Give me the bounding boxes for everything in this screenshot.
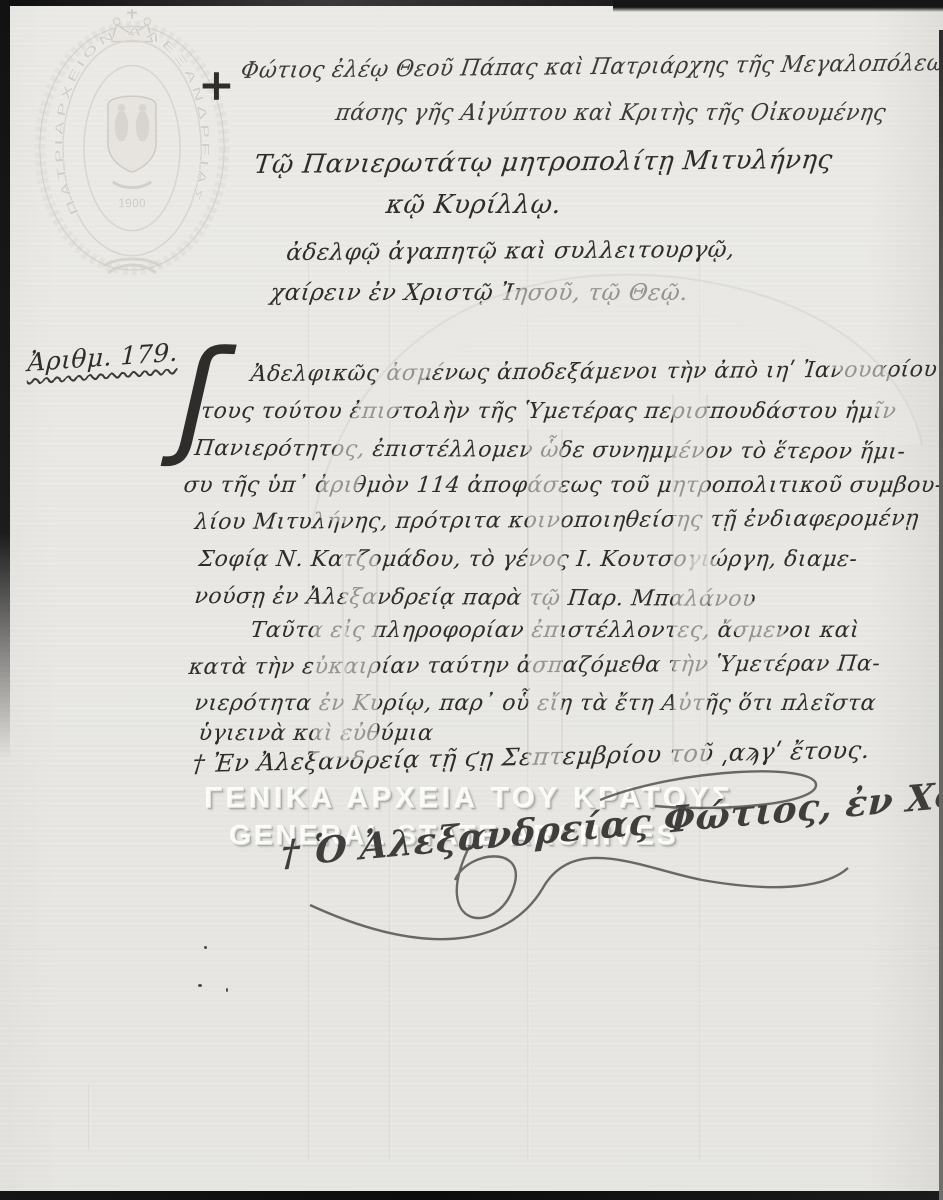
scan-edge-top-right (613, 0, 943, 12)
seal-year: 1900 (118, 197, 146, 211)
seal-figure-head (118, 104, 126, 112)
address-line-1: Τῷ Πανιερωτάτῳ μητροπολίτῃ Μιτυλήνης (253, 145, 835, 180)
seal-crown-orb (144, 18, 151, 25)
body-line: Ταῦτα εἰς πληροφορίαν ἐπιστέλλοντες, ἄσμ… (249, 618, 860, 643)
cross-icon: + (198, 60, 235, 111)
body-line: Σοφίᾳ Ν. Κατζομάδου, τὸ γένος Ι. Κουτσογ… (197, 547, 858, 572)
body-line: ὑγιεινὰ καὶ εὐθύμια (197, 721, 434, 746)
seal-figure-left (115, 111, 128, 142)
fold-crease-horizontal (0, 948, 943, 952)
seal-figure-head (139, 104, 147, 112)
body-line: κατὰ τὴν εὐκαιρίαν ταύτην ἀσπαζόμεθα τὴν… (188, 651, 882, 680)
body-line: λίου Μιτυλήνης, πρότριτα κοινοποιηθείσης… (194, 506, 921, 535)
body-line: νιερότητα ἐν Κυρίῳ, παρ᾽ οὗ εἴη τὰ ἔτη Α… (193, 691, 877, 716)
seal-ornament (113, 182, 151, 188)
salutation-line-1: ἀδελφῷ ἀγαπητῷ καὶ συλλειτουργῷ, (285, 237, 736, 266)
letterhead-line-2: πάσης γῆς Αἰγύπτου καὶ Κριτὴς τῆς Οἰκουμ… (334, 100, 888, 126)
body-line: συ τῆς ὑπ᾽ ἀριθμὸν 114 ἀποφάσεως τοῦ μητ… (182, 473, 943, 498)
letterhead-line-1: Φώτιος ἐλέῳ Θεοῦ Πάπας καὶ Πατριάρχης τῆ… (239, 48, 943, 84)
fold-crease-vertical-small (88, 1085, 91, 1150)
seal-figure-right (136, 111, 149, 142)
ink-speck (226, 988, 228, 992)
scan-edge-bottom (0, 1191, 943, 1200)
body-line: Ἀδελφικῶς ἀσμένως ἀποδεξάμενοι τὴν ἀπὸ ι… (250, 357, 943, 387)
body-line: Πανιερότητος, ἐπιστέλλομεν ὧδε συνημμένο… (193, 436, 907, 465)
address-line-2: κῷ Κυρίλλῳ. (384, 190, 563, 220)
ink-speck (204, 946, 207, 949)
scanned-document-page: ΠΑΤΡΙΑΡΧΕΙΟΝ ΑΛΕΞΑΝΔΡΕΙΑΣ 1900 + Φώτιος … (0, 0, 943, 1200)
salutation-line-2: χαίρειν ἐν Χριστῷ Ἰησοῦ, τῷ Θεῷ. (269, 280, 690, 306)
seal-crown-cross-icon (127, 9, 137, 19)
protocol-number: Ἀριθμ. 179. (27, 337, 179, 377)
seal-shield (108, 96, 156, 172)
seal-crown-orb (113, 18, 120, 25)
body-line: ἔτους τούτου ἐπιστολὴν τῆς Ὑμετέρας περι… (187, 399, 897, 424)
scan-edge-right (939, 30, 943, 1200)
body-line: νούσῃ ἐν Ἀλεξανδρείᾳ παρὰ τῷ Παρ. Μπαλάν… (193, 584, 757, 612)
ink-speck (198, 984, 202, 987)
embossed-seal: ΠΑΤΡΙΑΡΧΕΙΟΝ ΑΛΕΞΑΝΔΡΕΙΑΣ 1900 (12, 8, 252, 293)
scan-edge-left (0, 0, 10, 760)
